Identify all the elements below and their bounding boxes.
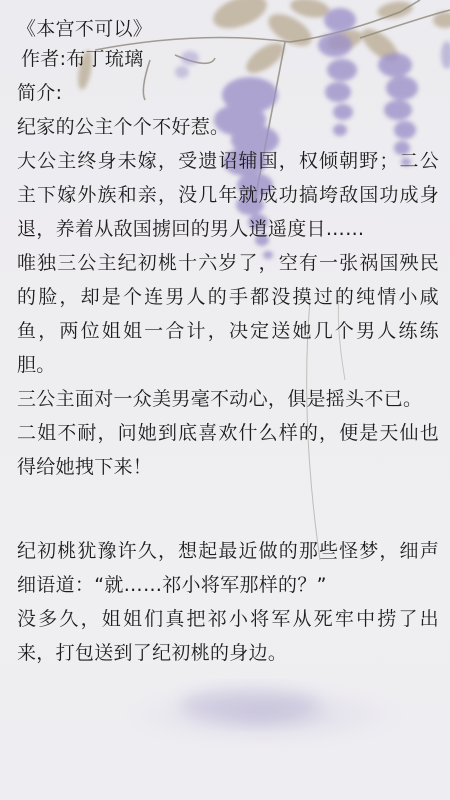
synopsis-paragraph: 大公主终身未嫁，受遗诏辅国，权倾朝野；二公主下嫁外族和亲，没几年就成功搞垮敌国功… <box>17 144 439 246</box>
novel-synopsis: 《本宫不可以》 作者:布丁琉璃 简介: 纪家的公主个个不好惹。 大公主终身未嫁，… <box>17 14 439 670</box>
synopsis-paragraph: 唯独三公主纪初桃十六岁了，空有一张祸国殃民的脸，却是个连男人的手都没摸过的纯情小… <box>17 246 439 382</box>
author-line: 作者:布丁琉璃 <box>17 44 439 74</box>
synopsis-paragraph: 三公主面对一众美男毫不动心，俱是摇头不已。 <box>17 382 439 416</box>
mist-decoration <box>115 685 415 745</box>
synopsis-paragraph: 纪家的公主个个不好惹。 <box>17 110 439 144</box>
synopsis-paragraph: 纪初桃犹豫许久，想起最近做的那些怪梦，细声细语道：“就……祁小将军那样的？” <box>17 534 439 602</box>
paragraph-gap <box>17 484 439 534</box>
synopsis-paragraph: 没多久，姐姐们真把祁小将军从死牢中捞了出来，打包送到了纪初桃的身边。 <box>17 602 439 670</box>
book-title: 《本宫不可以》 <box>17 14 439 44</box>
intro-label: 简介: <box>17 76 439 110</box>
synopsis-paragraph: 二姐不耐，问她到底喜欢什么样的，便是天仙也得给她拽下来！ <box>17 416 439 484</box>
